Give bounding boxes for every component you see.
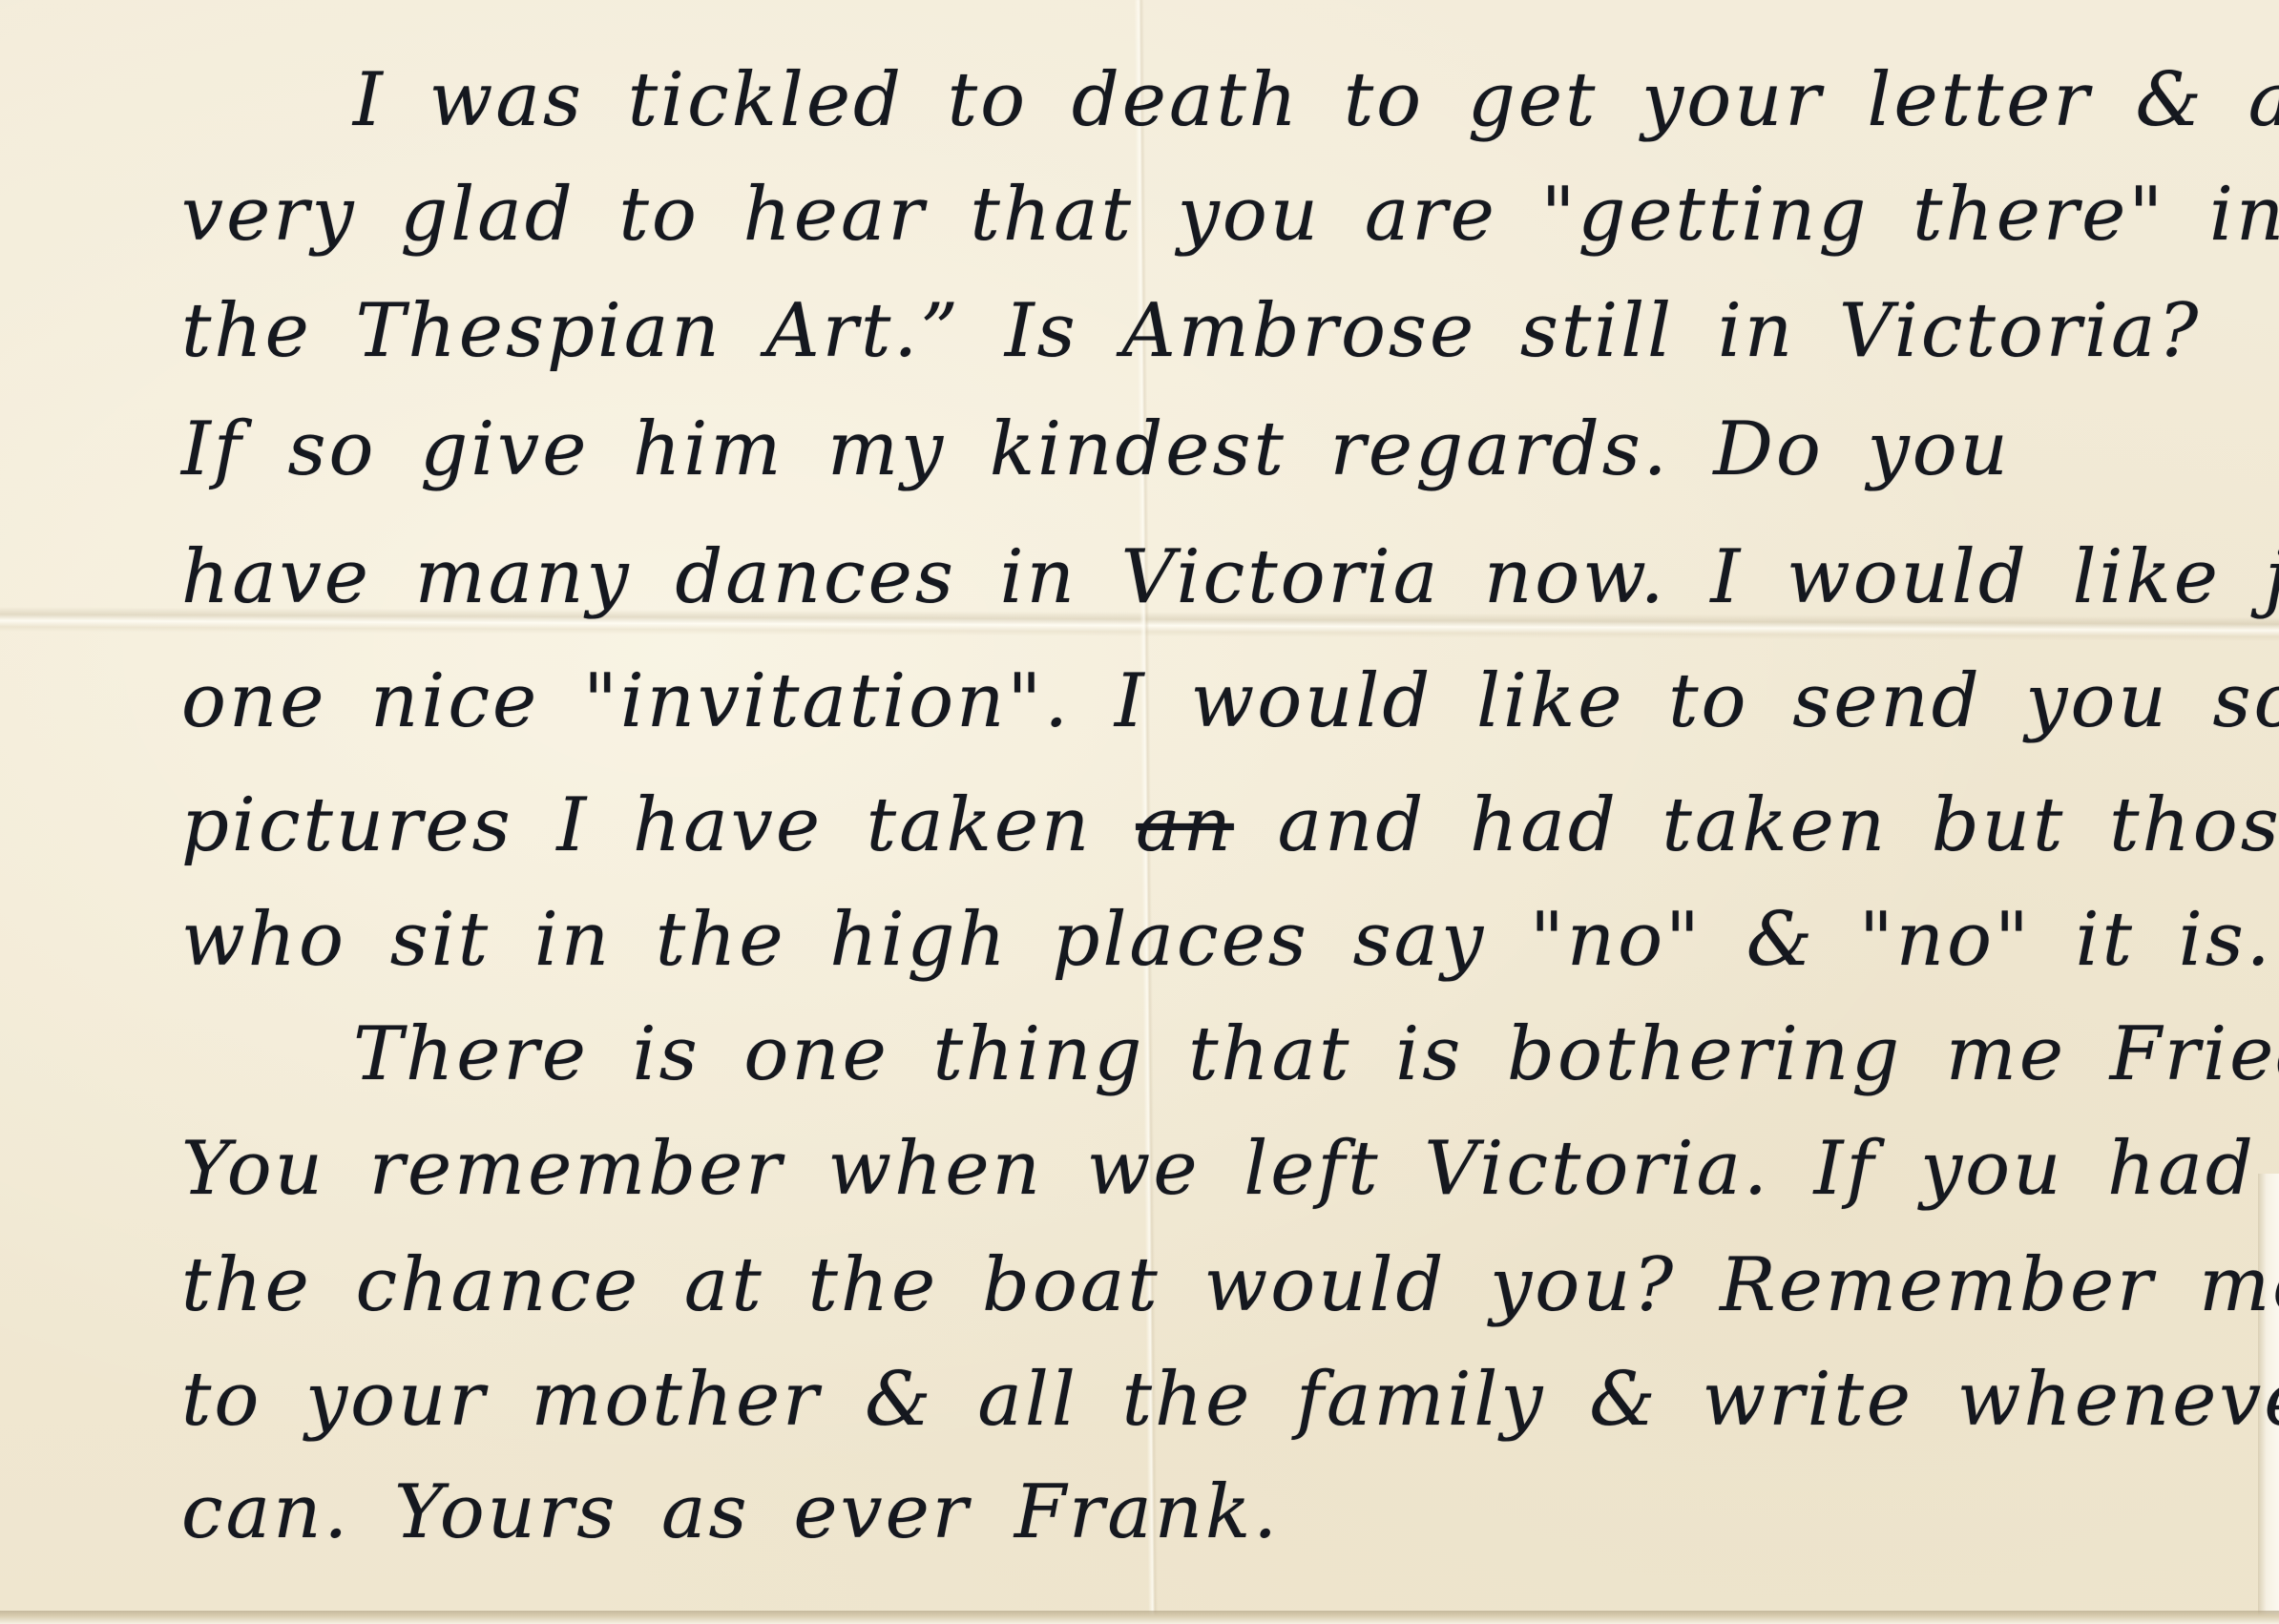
letter-line-10: You remember when we left Victoria. If y… [181,1126,2279,1212]
letter-line-12: to your mother & all the family & write … [181,1357,2279,1443]
letter-line-11: the chance at the boat would you? Rememb… [181,1242,2279,1328]
letter-line-13-closing: can. Yours as ever Frank. [181,1469,1280,1555]
letter-line-9: There is one thing that is bothering me … [353,1011,2279,1097]
letter-line-8: who sit in the high places say "no" & "n… [181,897,2273,983]
letter-line-5: have many dances in Victoria now. I woul… [181,534,2279,620]
letter-line-2: very glad to hear that you are "getting … [181,172,2279,258]
letter-page: I was tickled to death to get your lette… [0,0,2279,1624]
struck-out-word: an [1136,782,1234,868]
letter-line-6: one nice "invitation". I would like to s… [181,658,2279,744]
line-7-text-before: pictures I have taken [181,782,1092,868]
letter-line-7: pictures I have taken an and had taken b… [181,782,2279,868]
line-7-text-after: and had taken but those [1278,782,2279,868]
letter-line-1: I was tickled to death to get your lette… [353,57,2279,143]
letter-line-3: the Thespian Art.” Is Ambrose still in V… [181,288,2201,374]
letter-line-4: If so give him my kindest regards. Do yo… [181,406,2011,492]
torn-bottom-edge [0,1611,2279,1624]
